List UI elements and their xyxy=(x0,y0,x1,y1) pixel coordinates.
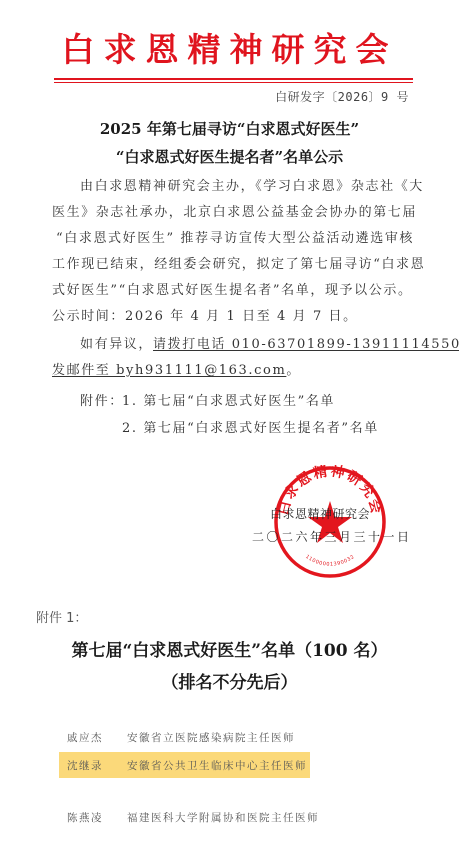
list-title: 第七届“白求恩式好医生”名单（100 名） xyxy=(0,636,459,661)
objection-prefix: 如有异议， xyxy=(80,337,153,352)
contact-email-link[interactable]: 发邮件至 byh931111@163.com xyxy=(52,363,286,378)
list-subtitle: （排名不分先后） xyxy=(0,668,459,693)
body-line-2: 医生》杂志社承办，北京白求恩公益基金会协办的第七届 xyxy=(52,204,417,222)
signature-organization: 白求恩精神研究会 xyxy=(270,505,370,522)
body-line-5: 式好医生”“白求恩式好医生提名者”名单，现予以公示。 xyxy=(52,282,413,300)
table-row-highlighted: 沈继录 安徽省公共卫生临床中心主任医师 xyxy=(59,752,310,778)
signature-date: 二〇二六年三月三十一日 xyxy=(252,528,412,545)
notice-title-line-2: “白求恩式好医生提名者”名单公示 xyxy=(0,146,459,167)
body-line-3: “白求恩式好医生” 推荐寻访宣传大型公益活动遴选审核 xyxy=(56,230,414,248)
table-row: 陈燕凌 福建医科大学附属协和医院主任医师 xyxy=(59,804,319,830)
objection-suffix: 。 xyxy=(286,363,301,378)
contact-phone-link[interactable]: 请拨打电话 010-63701899-13911114550 或 xyxy=(153,337,459,352)
attachment-item-2: 2. 第七届“白求恩式好医生提名者”名单 xyxy=(122,420,379,438)
notice-title-line-1: 2025 年第七届寻访“白求恩式好医生” xyxy=(0,118,459,139)
body-line-1: 由白求恩精神研究会主办，《学习白求恩》杂志社《大 xyxy=(80,178,424,196)
letterhead-rule-thick xyxy=(54,78,413,80)
doctor-name: 沈继录 xyxy=(59,758,127,773)
doctor-title: 安徽省公共卫生临床中心主任医师 xyxy=(127,758,307,773)
document-number: 白研发字〔2026〕9 号 xyxy=(275,88,409,105)
doctor-name: 陈燕凌 xyxy=(59,810,127,825)
doctor-name: 戚应杰 xyxy=(59,730,127,745)
body-line-4: 工作现已结束，经组委会研究，拟定了第七届寻访“白求恩 xyxy=(52,256,425,274)
objection-line-2: 发邮件至 byh931111@163.com。 xyxy=(52,362,301,380)
doctor-title: 福建医科大学附属协和医院主任医师 xyxy=(127,810,319,825)
table-row: 戚应杰 安徽省立医院感染病院主任医师 xyxy=(59,724,295,750)
publicity-period: 公示时间：2026 年 4 月 1 日至 4 月 7 日。 xyxy=(52,308,358,326)
objection-line-1: 如有异议，请拨打电话 010-63701899-13911114550 或 xyxy=(80,336,459,354)
attachment-1-label: 附件 1： xyxy=(36,607,87,626)
attachment-item-1: 1. 第七届“白求恩式好医生”名单 xyxy=(122,393,335,411)
attachments-label: 附件： xyxy=(80,393,124,411)
letterhead-rule-thin xyxy=(54,82,413,83)
org-letterhead-title: 白求恩精神研究会 xyxy=(0,30,459,70)
doctor-title: 安徽省立医院感染病院主任医师 xyxy=(127,730,295,745)
svg-text:11000001390032: 11000001390032 xyxy=(304,554,356,568)
official-seal-icon: 白求恩精神研究会 11000001390032 xyxy=(273,465,387,579)
